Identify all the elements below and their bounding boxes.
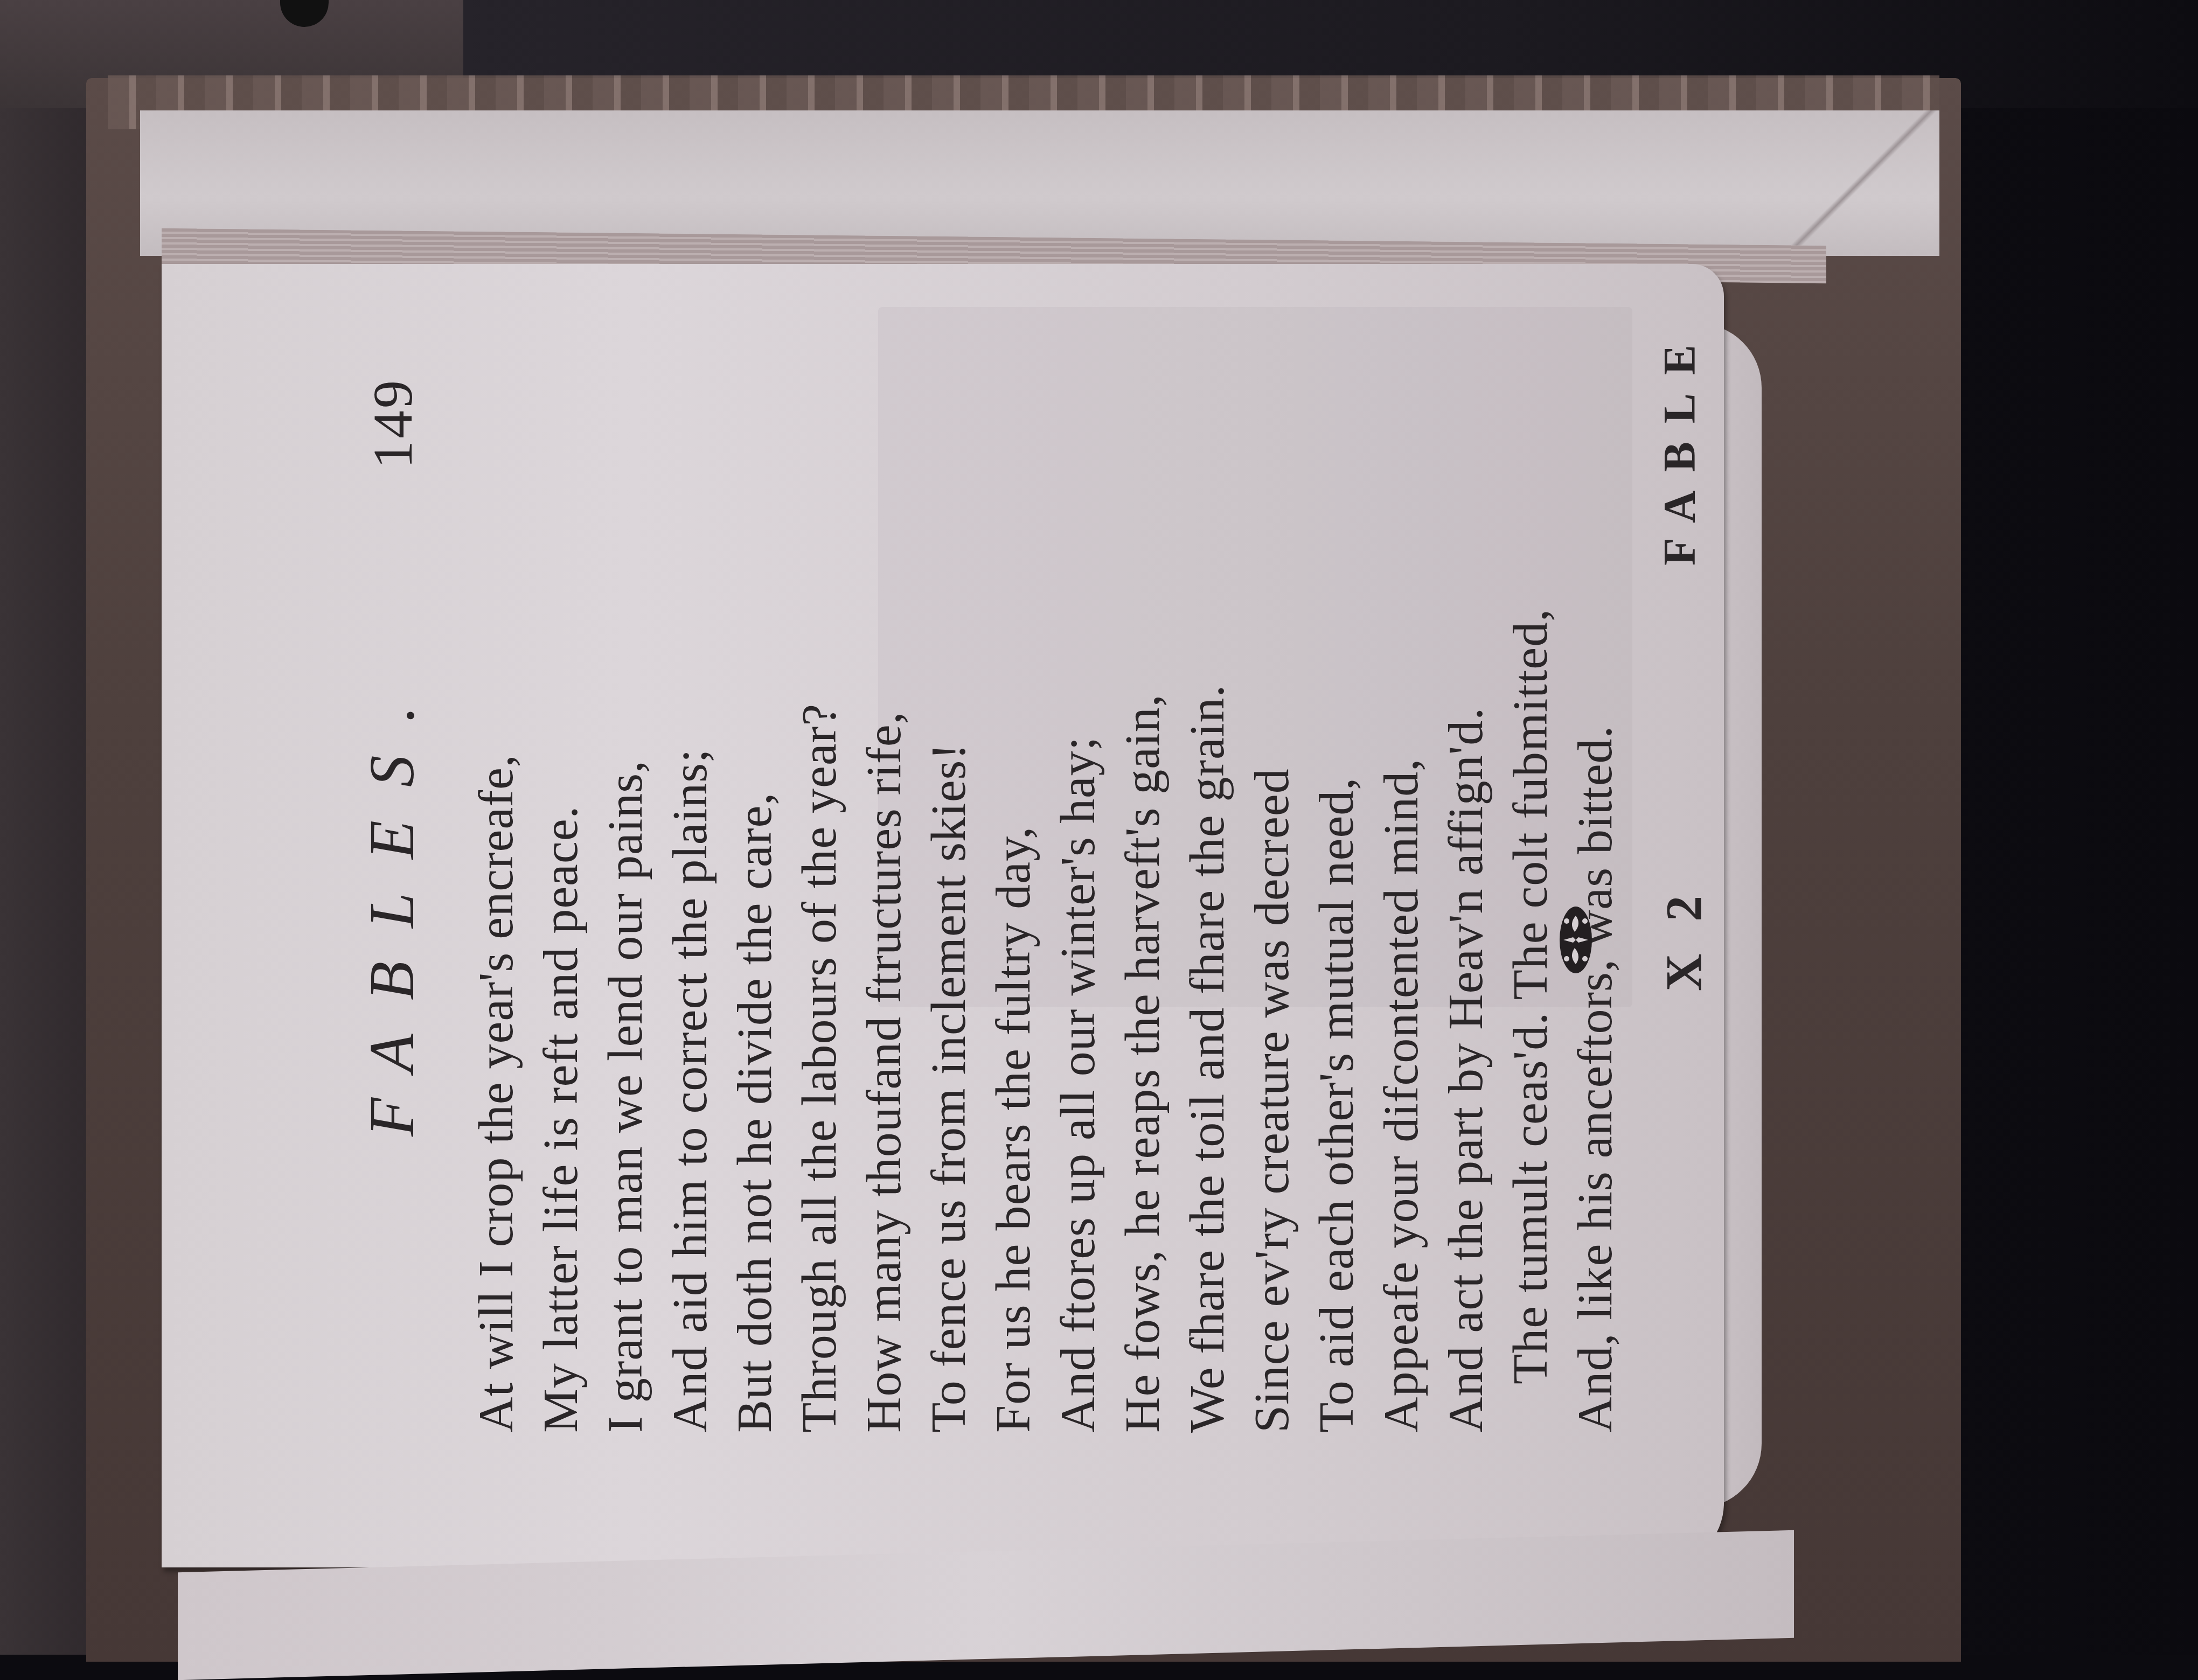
verse-line: Appeafe your difcontented mind, bbox=[1368, 248, 1433, 1433]
verse-line: The tumult ceas'd. The colt fubmitted, bbox=[1498, 248, 1562, 1433]
signature-mark: X 2 bbox=[1654, 886, 1714, 991]
verse-line: And aid him to correct the plains; bbox=[657, 248, 722, 1433]
verse-line: I grant to man we lend our pains, bbox=[593, 248, 657, 1433]
verse-line: How many thoufand ftructures rife, bbox=[851, 248, 916, 1433]
verse-block: At will I crop the year's encreafe, My l… bbox=[463, 248, 1627, 1433]
photo-scene: FABLES. 149 At will I crop the year's en… bbox=[0, 0, 2198, 1655]
verse-line: We fhare the toil and fhare the grain. bbox=[1174, 248, 1239, 1433]
verse-line: But doth not he divide the care, bbox=[722, 248, 787, 1433]
verse-line: To aid each other's mutual need, bbox=[1304, 248, 1368, 1433]
verse-line: My latter life is reft and peace. bbox=[528, 248, 593, 1433]
printers-flower-ornament-icon bbox=[1557, 905, 1595, 975]
verse-line: And act the part by Heav'n affign'd. bbox=[1433, 248, 1498, 1433]
verse-line: To fence us from inclement skies! bbox=[916, 248, 980, 1433]
verse-line: For us he bears the fultry day, bbox=[980, 248, 1045, 1433]
verse-line: And, like his anceftors, was bitted. bbox=[1562, 248, 1627, 1433]
page-content: FABLES. 149 At will I crop the year's en… bbox=[350, 232, 1751, 1470]
catchword: FABLE bbox=[1654, 326, 1706, 566]
verse-line: At will I crop the year's encreafe, bbox=[463, 248, 528, 1433]
page-number: 149 bbox=[361, 378, 425, 469]
verse-line: Through all the labours of the year? bbox=[787, 248, 851, 1433]
verse-line: He fows, he reaps the harveft's gain, bbox=[1110, 248, 1174, 1433]
running-title: FABLES. bbox=[356, 673, 429, 1137]
verse-line: Since ev'ry creature was decreed bbox=[1239, 248, 1304, 1433]
running-head: FABLES. 149 bbox=[350, 232, 426, 1470]
endleaf-fold-line bbox=[1778, 110, 1939, 256]
verse-line: And ftores up all our winter's hay; bbox=[1045, 248, 1110, 1433]
